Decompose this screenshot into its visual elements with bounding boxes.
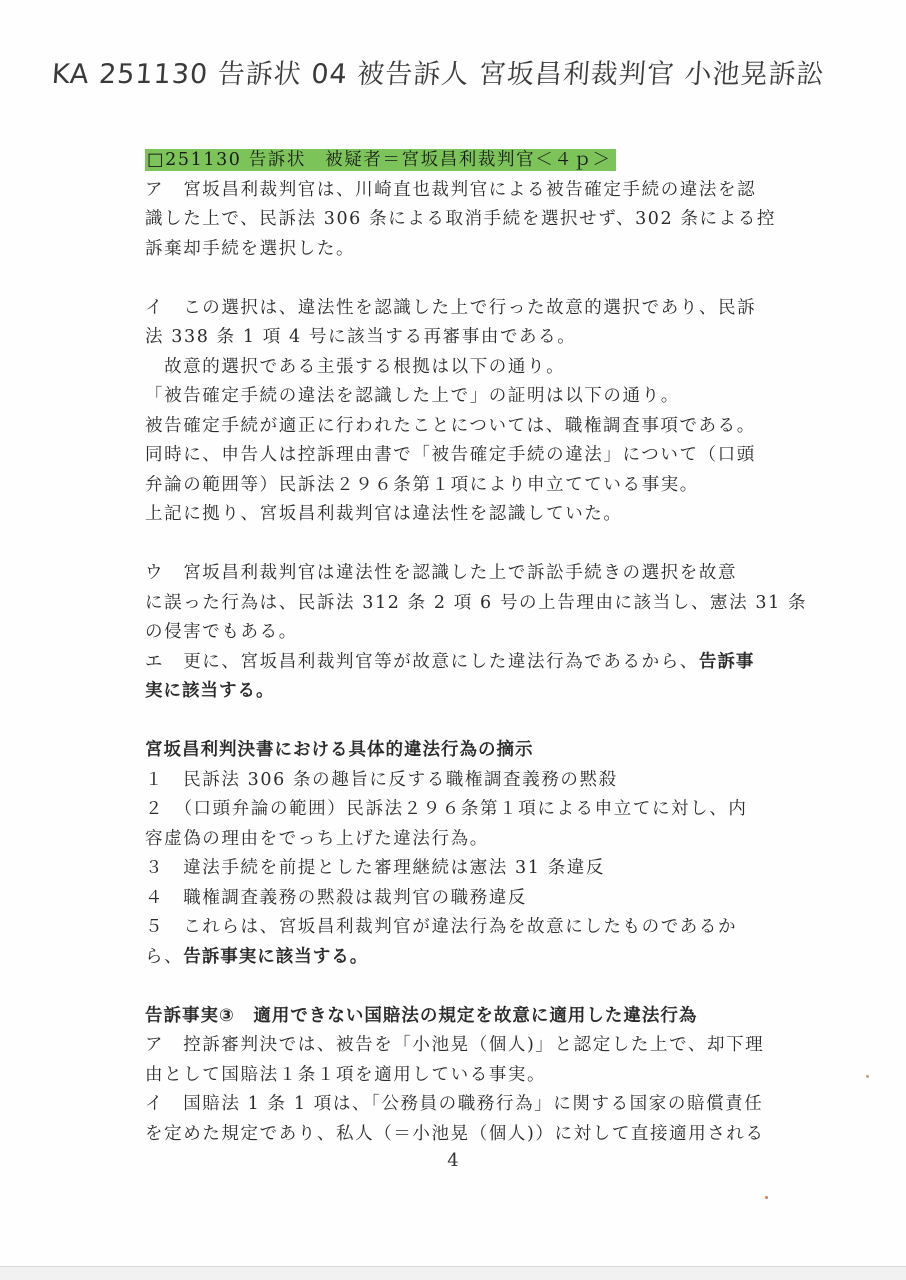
scan-speck [866, 1075, 869, 1078]
spacer [145, 530, 805, 560]
text-line: 被告確定手続が適正に行われたことについては、職権調査事項である。 [145, 412, 805, 442]
text-line: 識した上で、民訴法 306 条による取消手続を選択せず、302 条による控 [145, 205, 805, 235]
paragraph-a: ア 宮坂昌利裁判官は、川崎直也裁判官による被告確定手続の違法を認 識した上で、民… [145, 176, 805, 265]
list-item: ３ 違法手続を前提とした審理継続は憲法 31 条違反 [145, 854, 805, 884]
list-item: ４ 職権調査義務の黙殺は裁判官の職務違反 [145, 884, 805, 914]
scan-bottom-edge [0, 1266, 906, 1280]
list-item: ５ これらは、宮坂昌利裁判官が違法行為を故意にしたものであるか [145, 913, 805, 943]
paragraph-i: イ この選択は、違法性を認識した上で行った故意的選択であり、民訴 法 338 条… [145, 294, 805, 530]
text-line: ア 宮坂昌利裁判官は、川崎直也裁判官による被告確定手続の違法を認 [145, 176, 805, 206]
handwritten-header: KA 251130 告訴状 04 被告訴人 宮坂昌利裁判官 小池晃訴訟 [51, 52, 826, 91]
list-item: １ 民訴法 306 条の趣旨に反する職権調査義務の黙殺 [145, 766, 805, 796]
text-bold: 告訴事実に該当する。 [183, 947, 368, 967]
document-body: □251130 告訴状 被疑者＝宮坂昌利裁判官＜４ｐ＞ ア 宮坂昌利裁判官は、川… [145, 146, 805, 1149]
text-line: 訴棄却手続を選択した。 [145, 235, 805, 265]
spacer [145, 972, 805, 1002]
section-specific-violations: 宮坂昌利判決書における具体的違法行為の摘示 １ 民訴法 306 条の趣旨に反する… [145, 736, 805, 972]
text-line: ウ 宮坂昌利裁判官は違法性を認識した上で訴訟手続きの選択を故意 [145, 559, 805, 589]
text-line: 由として国賠法１条１項を適用している事実。 [145, 1061, 805, 1091]
text-line: ア 控訴審判決では、被告を「小池晃（個人)」と認定した上で、却下理 [145, 1031, 805, 1061]
scan-speck [765, 1196, 768, 1199]
section-heading: 宮坂昌利判決書における具体的違法行為の摘示 [145, 736, 805, 766]
spacer [145, 707, 805, 737]
text-plain: ら、 [145, 947, 183, 967]
section-fact-3: 告訴事実③ 適用できない国賠法の規定を故意に適用した違法行為 ア 控訴審判決では… [145, 1002, 805, 1150]
text-line: イ この選択は、違法性を認識した上で行った故意的選択であり、民訴 [145, 294, 805, 324]
text-line: の侵害でもある。 [145, 618, 805, 648]
text-bold: 実に該当する。 [145, 681, 275, 701]
text-line: 上記に拠り、宮坂昌利裁判官は違法性を認識していた。 [145, 500, 805, 530]
list-item: ２ （口頭弁論の範囲）民訴法２９６条第１項による申立てに対し、内 [145, 795, 805, 825]
document-page: KA 251130 告訴状 04 被告訴人 宮坂昌利裁判官 小池晃訴訟 □251… [0, 0, 906, 1266]
text-line: 弁論の範囲等）民訴法２９６条第１項により申立てている事実。 [145, 471, 805, 501]
text-line: を定めた規定であり、私人（＝小池晃（個人)）に対して直接適用される [145, 1120, 805, 1150]
text-plain: エ 更に、宮坂昌利裁判官等が故意にした違法行為であるから、 [145, 652, 699, 672]
text-line: 「被告確定手続の違法を認識した上で」の証明は以下の通り。 [145, 382, 805, 412]
heading-line: □251130 告訴状 被疑者＝宮坂昌利裁判官＜４ｐ＞ [145, 146, 805, 176]
text-line: 実に該当する。 [145, 677, 805, 707]
text-line: エ 更に、宮坂昌利裁判官等が故意にした違法行為であるから、告訴事 [145, 648, 805, 678]
spacer [145, 264, 805, 294]
highlighted-heading: □251130 告訴状 被疑者＝宮坂昌利裁判官＜４ｐ＞ [145, 149, 616, 171]
text-line: に誤った行為は、民訴法 312 条 2 項 6 号の上告理由に該当し、憲法 31… [145, 589, 805, 619]
paragraph-u: ウ 宮坂昌利裁判官は違法性を認識した上で訴訟手続きの選択を故意 に誤った行為は、… [145, 559, 805, 648]
text-line: 同時に、申告人は控訴理由書で「被告確定手続の違法」について（口頭 [145, 441, 805, 471]
list-item-continued: ら、告訴事実に該当する。 [145, 943, 805, 973]
text-line: 故意的選択である主張する根拠は以下の通り。 [145, 353, 805, 383]
paragraph-e: エ 更に、宮坂昌利裁判官等が故意にした違法行為であるから、告訴事 実に該当する。 [145, 648, 805, 707]
text-bold: 告訴事 [699, 652, 755, 672]
text-line: イ 国賠法 1 条 1 項は、「公務員の職務行為」に関する国家の賠償責任 [145, 1090, 805, 1120]
section-heading: 告訴事実③ 適用できない国賠法の規定を故意に適用した違法行為 [145, 1002, 805, 1032]
page-number: 4 [0, 1150, 906, 1171]
list-item-continued: 容虚偽の理由をでっち上げた違法行為。 [145, 825, 805, 855]
text-line: 法 338 条 1 項 4 号に該当する再審事由である。 [145, 323, 805, 353]
